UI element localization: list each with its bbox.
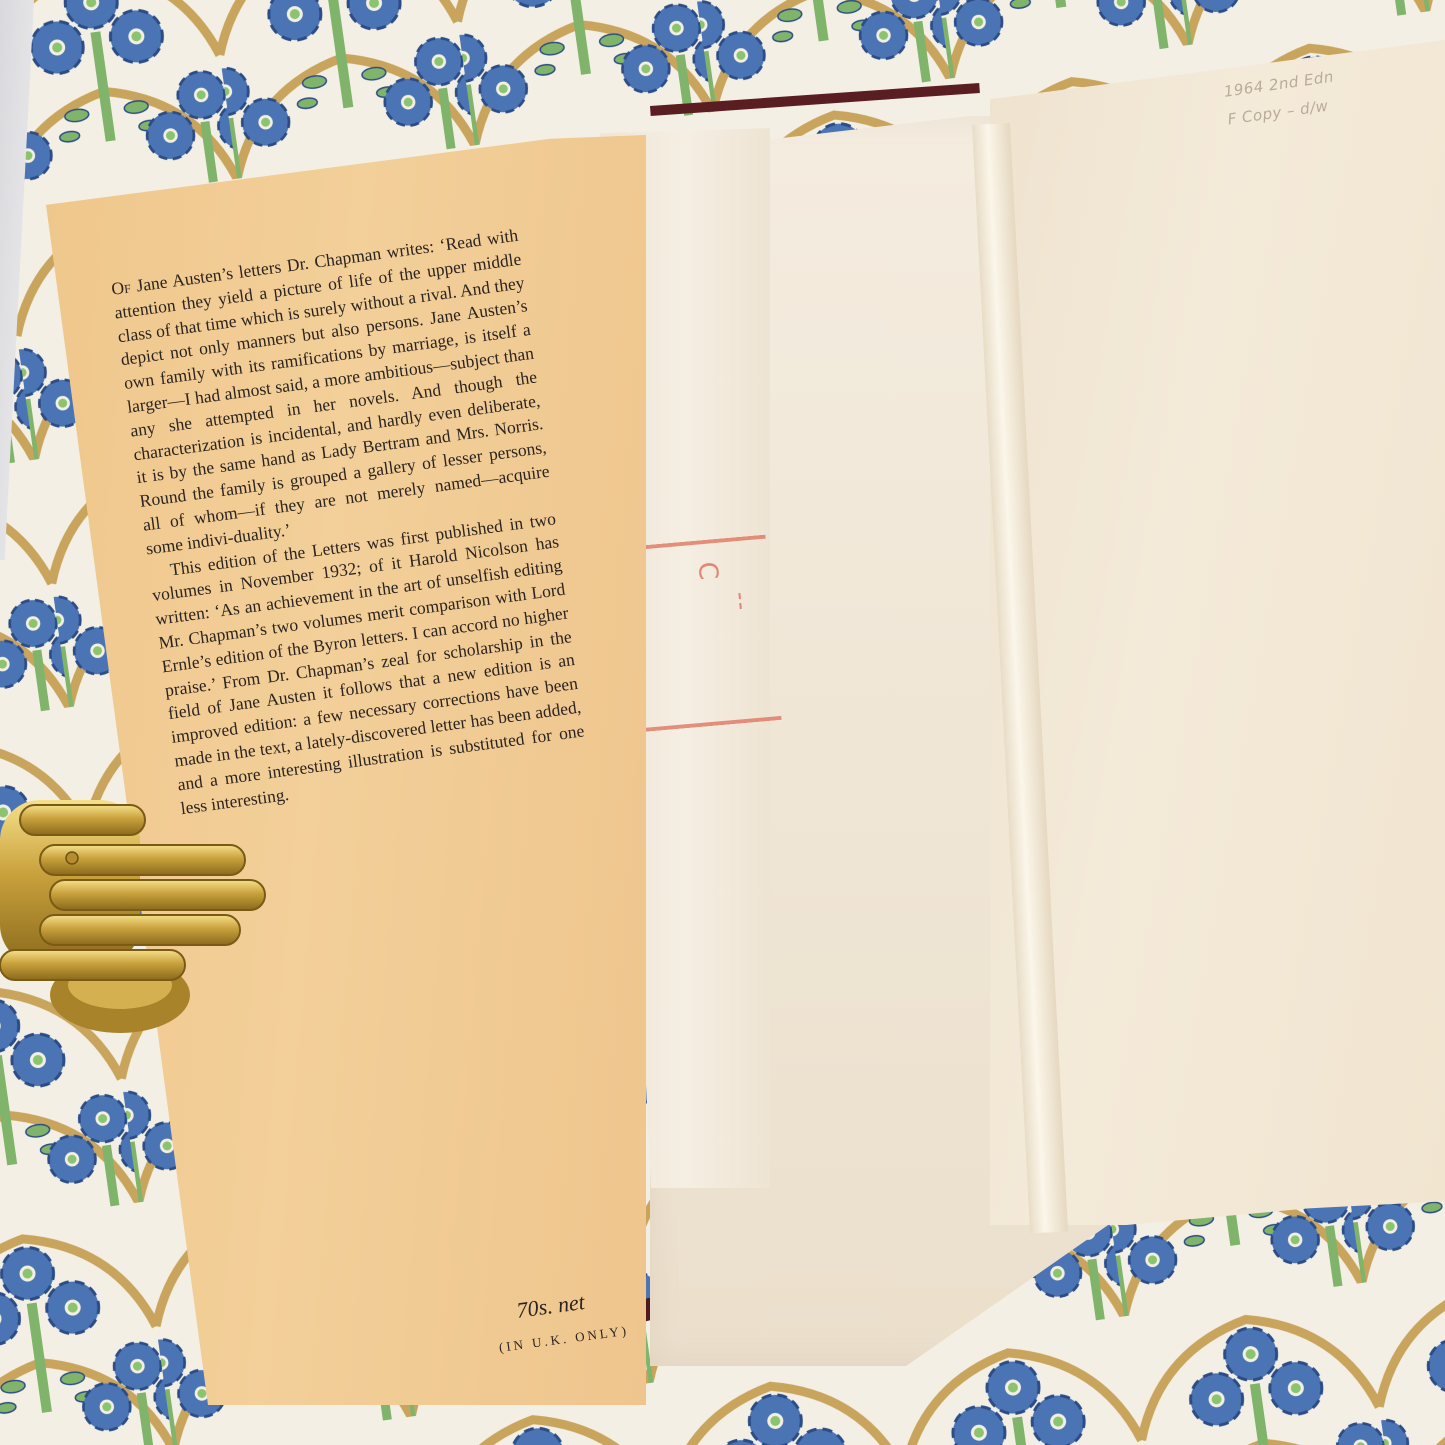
blurb-paragraph-2-text: This edition of the Letters was first pu…	[151, 508, 585, 818]
stamp-tick-marks	[738, 593, 744, 609]
brass-hand-clip-icon	[0, 780, 290, 1040]
blurb-paragraph-1-text: Jane Austen’s letters Dr. Chapman writes…	[113, 225, 550, 559]
blurb-paragraph-1: Of Jane Austen’s letters Dr. Chapman wri…	[110, 224, 554, 561]
stamp-mark: C	[692, 561, 725, 597]
blurb-paragraph-2: This edition of the Letters was first pu…	[148, 507, 589, 821]
flap-blurb: Of Jane Austen’s letters Dr. Chapman wri…	[110, 224, 589, 821]
